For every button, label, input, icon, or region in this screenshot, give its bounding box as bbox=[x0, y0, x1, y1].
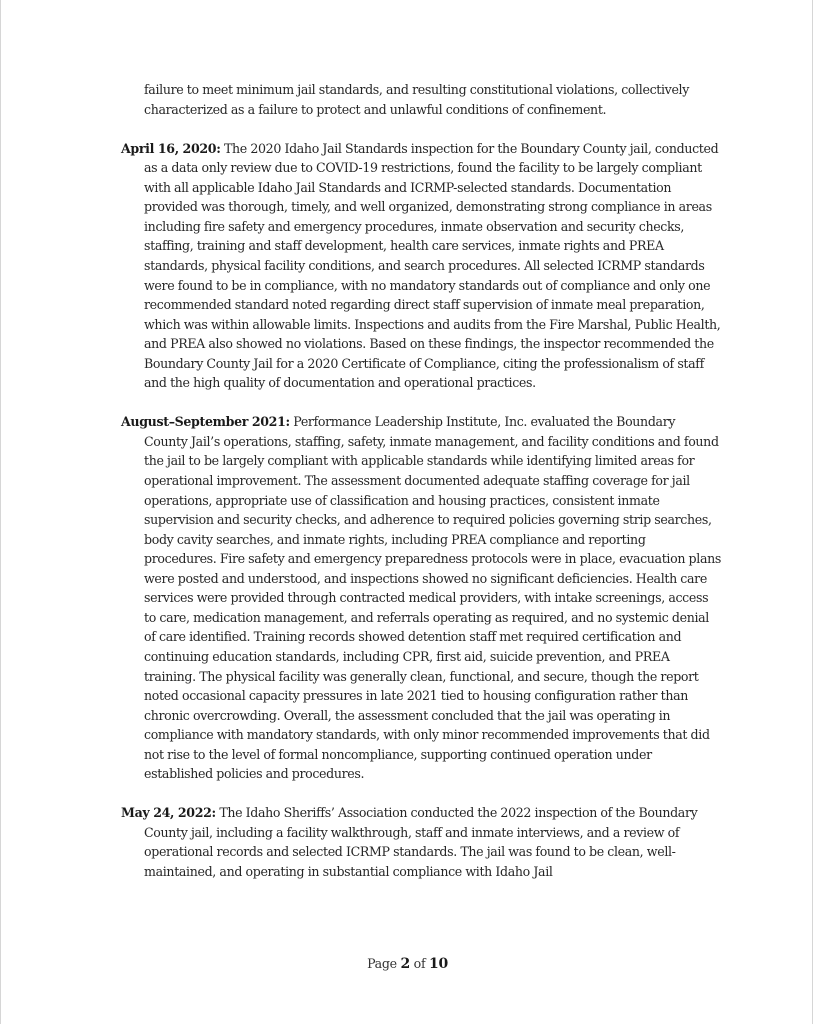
document-page: failure to meet minimum jail standards, … bbox=[0, 0, 813, 1024]
entry-date: August–September 2021: bbox=[121, 414, 290, 429]
page-of-label: of bbox=[410, 956, 429, 971]
document-body: failure to meet minimum jail standards, … bbox=[121, 80, 721, 882]
current-page-number: 2 bbox=[401, 956, 410, 972]
timeline-entry-2022: May 24, 2022: The Idaho Sheriffs’ Associ… bbox=[121, 803, 721, 881]
timeline-entry-2021: August–September 2021: Performance Leade… bbox=[121, 412, 721, 783]
page-label: Page bbox=[367, 956, 400, 971]
timeline-entry-2020: April 16, 2020: The 2020 Idaho Jail Stan… bbox=[121, 139, 721, 393]
continued-paragraph: failure to meet minimum jail standards, … bbox=[121, 80, 721, 119]
entry-date: April 16, 2020: bbox=[121, 141, 221, 156]
total-pages-number: 10 bbox=[429, 956, 448, 972]
entry-text: Performance Leadership Institute, Inc. e… bbox=[144, 414, 721, 781]
entry-text: The 2020 Idaho Jail Standards inspection… bbox=[144, 141, 720, 391]
entry-date: May 24, 2022: bbox=[121, 805, 216, 820]
entry-text: The Idaho Sheriffs’ Association conducte… bbox=[144, 805, 697, 879]
page-number-footer: Page 2 of 10 bbox=[1, 956, 813, 972]
